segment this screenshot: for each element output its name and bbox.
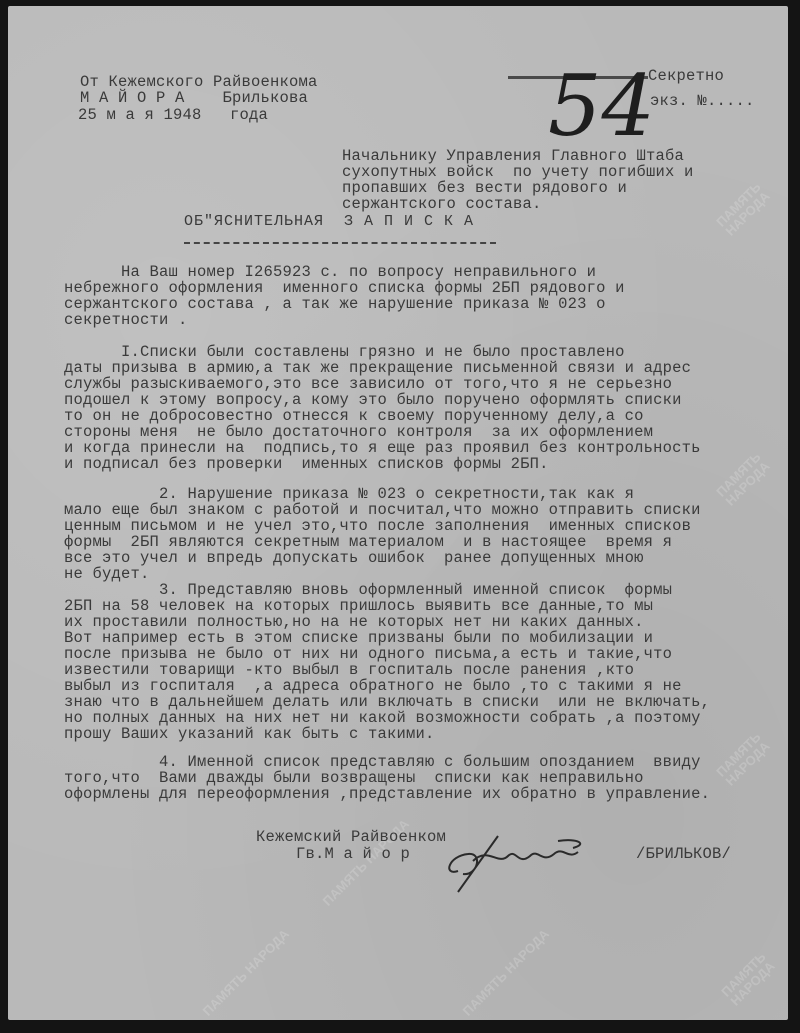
addressee-line: сержантского состава. [342, 196, 542, 212]
body-line: подошел к этому вопросу,а кому это было … [64, 392, 682, 408]
body-line: то он не добросовестно отнесся к своему … [64, 408, 644, 424]
classification-label: Секретно [648, 68, 724, 84]
body-line: На Ваш номер I265923 с. по вопросу непра… [64, 264, 596, 280]
document-title: ОБ"ЯСНИТЕЛЬНАЯ З А П И С К А [184, 214, 474, 230]
body-line: выбыл из госпиталя ,а адреса обратного н… [64, 678, 682, 694]
body-line: 3. Представляю вновь оформленный именной… [64, 582, 672, 598]
watermark: ПАМЯТЬ НАРОДА [200, 927, 291, 1018]
copy-number: экз. №..... [650, 93, 755, 109]
body-line: но полных данных на них нет ни какой воз… [64, 710, 701, 726]
sender-rank-line: М А Й О Р А Брилькова [80, 90, 308, 106]
body-line: того,что Вами дважды были возвращены спи… [64, 770, 644, 786]
body-line: 2БП на 58 человек на которых пришлось вы… [64, 598, 653, 614]
body-line: не будет. [64, 566, 150, 582]
handwritten-signature [438, 826, 618, 896]
watermark: ПАМЯТЬ НАРОДА [711, 942, 786, 1017]
body-line: ценным письмом и не учел это,что после з… [64, 518, 691, 534]
body-line: 2. Нарушение приказа № 023 о секретности… [64, 486, 634, 502]
body-line: стороны меня не было достаточного контро… [64, 424, 653, 440]
body-line: мало еще был знаком с работой и посчитал… [64, 502, 701, 518]
body-line: оформлены для переоформления ,представле… [64, 786, 710, 802]
body-line: 4. Именной список представляю с большим … [64, 754, 701, 770]
body-line: секретности . [64, 312, 188, 328]
addressee-line: сухопутных войск по учету погибших и [342, 164, 694, 180]
handwritten-page-number: 54 [548, 64, 655, 148]
watermark: ПАМЯТЬ НАРОДА [702, 438, 784, 520]
watermark: ПАМЯТЬ НАРОДА [702, 168, 784, 250]
body-line: сержантского состава , а так же нарушени… [64, 296, 606, 312]
signatory-name: /БРИЛЬКОВ/ [636, 846, 731, 862]
body-line: и когда принесли на подпись,то я еще раз… [64, 440, 701, 456]
body-line: их проставили полностью,но на не которых… [64, 614, 644, 630]
body-line: прошу Ваших указаний как быть с такими. [64, 726, 435, 742]
addressee-line: Начальнику Управления Главного Штаба [342, 148, 684, 164]
body-line: известили товарищи -кто выбыл в госпитал… [64, 662, 634, 678]
sender-date-line: 25 м а я 1948 года [78, 107, 268, 123]
title-underline [184, 242, 496, 244]
body-line: формы 2БП являются секретным материалом … [64, 534, 672, 550]
body-line: I.Списки были составлены грязно и не был… [64, 344, 625, 360]
body-line: все это учел и впредь допускать ошибок р… [64, 550, 644, 566]
watermark: ПАМЯТЬ НАРОДА [460, 927, 551, 1018]
body-line: и подписал без проверки именных списков … [64, 456, 549, 472]
sender-line: От Кежемского Райвоенкома [80, 74, 318, 90]
body-line: даты призыва в армию,а так же прекращени… [64, 360, 691, 376]
body-line: после призыва не было от них ни одного п… [64, 646, 672, 662]
document-page: ПАМЯТЬ НАРОДА ПАМЯТЬ НАРОДА ПАМЯТЬ НАРОД… [8, 6, 788, 1020]
body-line: Вот например есть в этом списке призваны… [64, 630, 653, 646]
signature-office: Кежемский Райвоенком [256, 829, 446, 845]
signature-rank: Гв.М а й о р [296, 846, 410, 862]
watermark: ПАМЯТЬ НАРОДА [702, 718, 784, 800]
body-line: небрежного оформления именного списка фо… [64, 280, 625, 296]
body-line: службы разыскиваемого,это все зависило о… [64, 376, 672, 392]
addressee-line: пропавших без вести рядового и [342, 180, 627, 196]
body-line: знаю что в дальнейшем делать или включат… [64, 694, 710, 710]
